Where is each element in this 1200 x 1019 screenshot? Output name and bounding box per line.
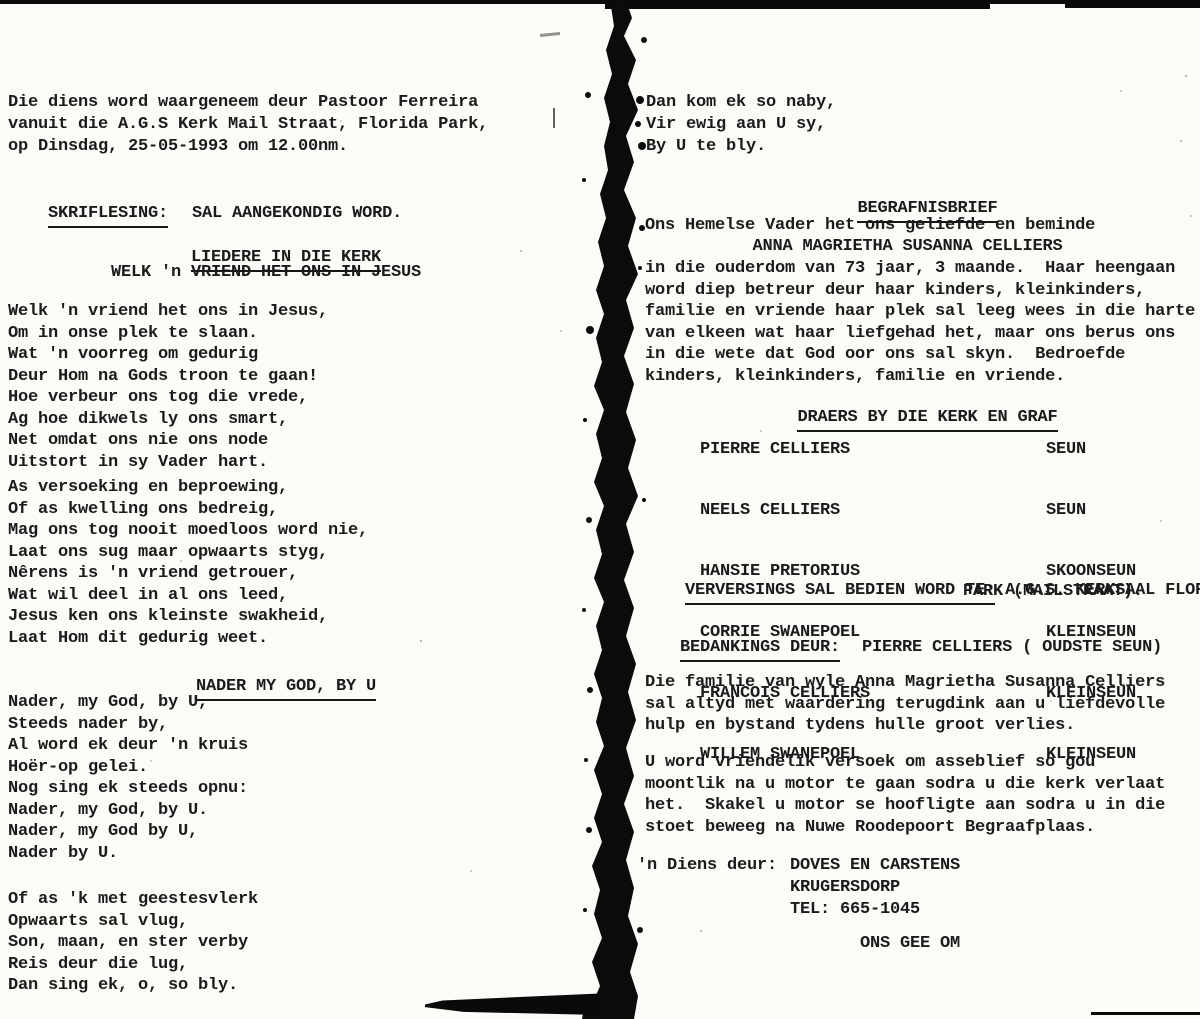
deceased-name: ANNA MAGRIETHA SUSANNA CELLIERS	[645, 236, 1170, 258]
scan-gutter	[580, 0, 660, 1019]
family-thanks-paragraph: Die familie van wyle Anna Magrietha Susa…	[645, 672, 1165, 737]
refreshments-label: VERVERSINGS SAL BEDIEN WORD TE:	[685, 580, 995, 606]
scan-top-edge-right	[1065, 0, 1200, 8]
service-intro-paragraph: Die diens word waargeneem deur Pastoor F…	[8, 92, 488, 158]
scan-bottom-smear	[425, 993, 600, 1015]
skriflesing-value: SAL AANGEKONDIG WORD.	[192, 204, 402, 223]
thanks-by-value: PIERRE CELLIERS ( OUDSTE SEUN)	[862, 638, 1162, 657]
scan-top-edge-thick	[605, 0, 990, 9]
request-paragraph: U word vriendelik versoek om asseblief s…	[645, 752, 1165, 838]
refreshments-value-line2: PARK (MAILSTRAAT).	[963, 581, 1143, 603]
bearer-relation: SEUN	[1046, 440, 1086, 459]
bearer-row: NEELS CELLIERSSEUN	[640, 481, 1136, 542]
obituary-line1: Ons Hemelse Vader het ons geliefde en be…	[645, 215, 1095, 237]
bearer-name: PIERRE CELLIERS	[700, 440, 1046, 460]
bearer-relation: SEUN	[1046, 501, 1086, 520]
scan-bottom-right-line	[1091, 1012, 1200, 1015]
scan-tick-mark	[553, 108, 555, 128]
service-provider-lines: DOVES EN CARSTENS KRUGERSDORP TEL: 665-1…	[790, 855, 960, 921]
hymn1-stanza2: As versoeking en beproewing, Of as kwell…	[8, 477, 368, 649]
hymn2-stanza2: Of as 'k met geestesvlerk Opwaarts sal v…	[8, 889, 258, 997]
bearer-name: NEELS CELLIERS	[700, 501, 1046, 521]
obituary-body: in die ouderdom van 73 jaar, 3 maande. H…	[645, 258, 1195, 387]
scanned-funeral-program: { "colors": { "paper": "#fbfbf8", "ink":…	[0, 0, 1200, 1019]
bearer-row: PIERRE CELLIERSSEUN	[640, 420, 1136, 481]
hymn1-title: WELK 'n VRIEND HET ONS IN JESUS	[8, 262, 524, 284]
hymn2-stanza1: Nader, my God, by U, Steeds nader by, Al…	[8, 692, 248, 864]
scan-noise-specks	[0, 0, 2, 2]
thanks-by-label: BEDANKINGS DEUR:	[680, 637, 840, 663]
scan-dash-mark	[540, 32, 560, 37]
hymn1-stanza1: Welk 'n vriend het ons in Jesus, Om in o…	[8, 301, 328, 473]
hymn2-stanza3: Dan kom ek so naby, Vir ewig aan U sy, B…	[646, 92, 836, 158]
closing-motto: ONS GEE OM	[645, 933, 1175, 955]
